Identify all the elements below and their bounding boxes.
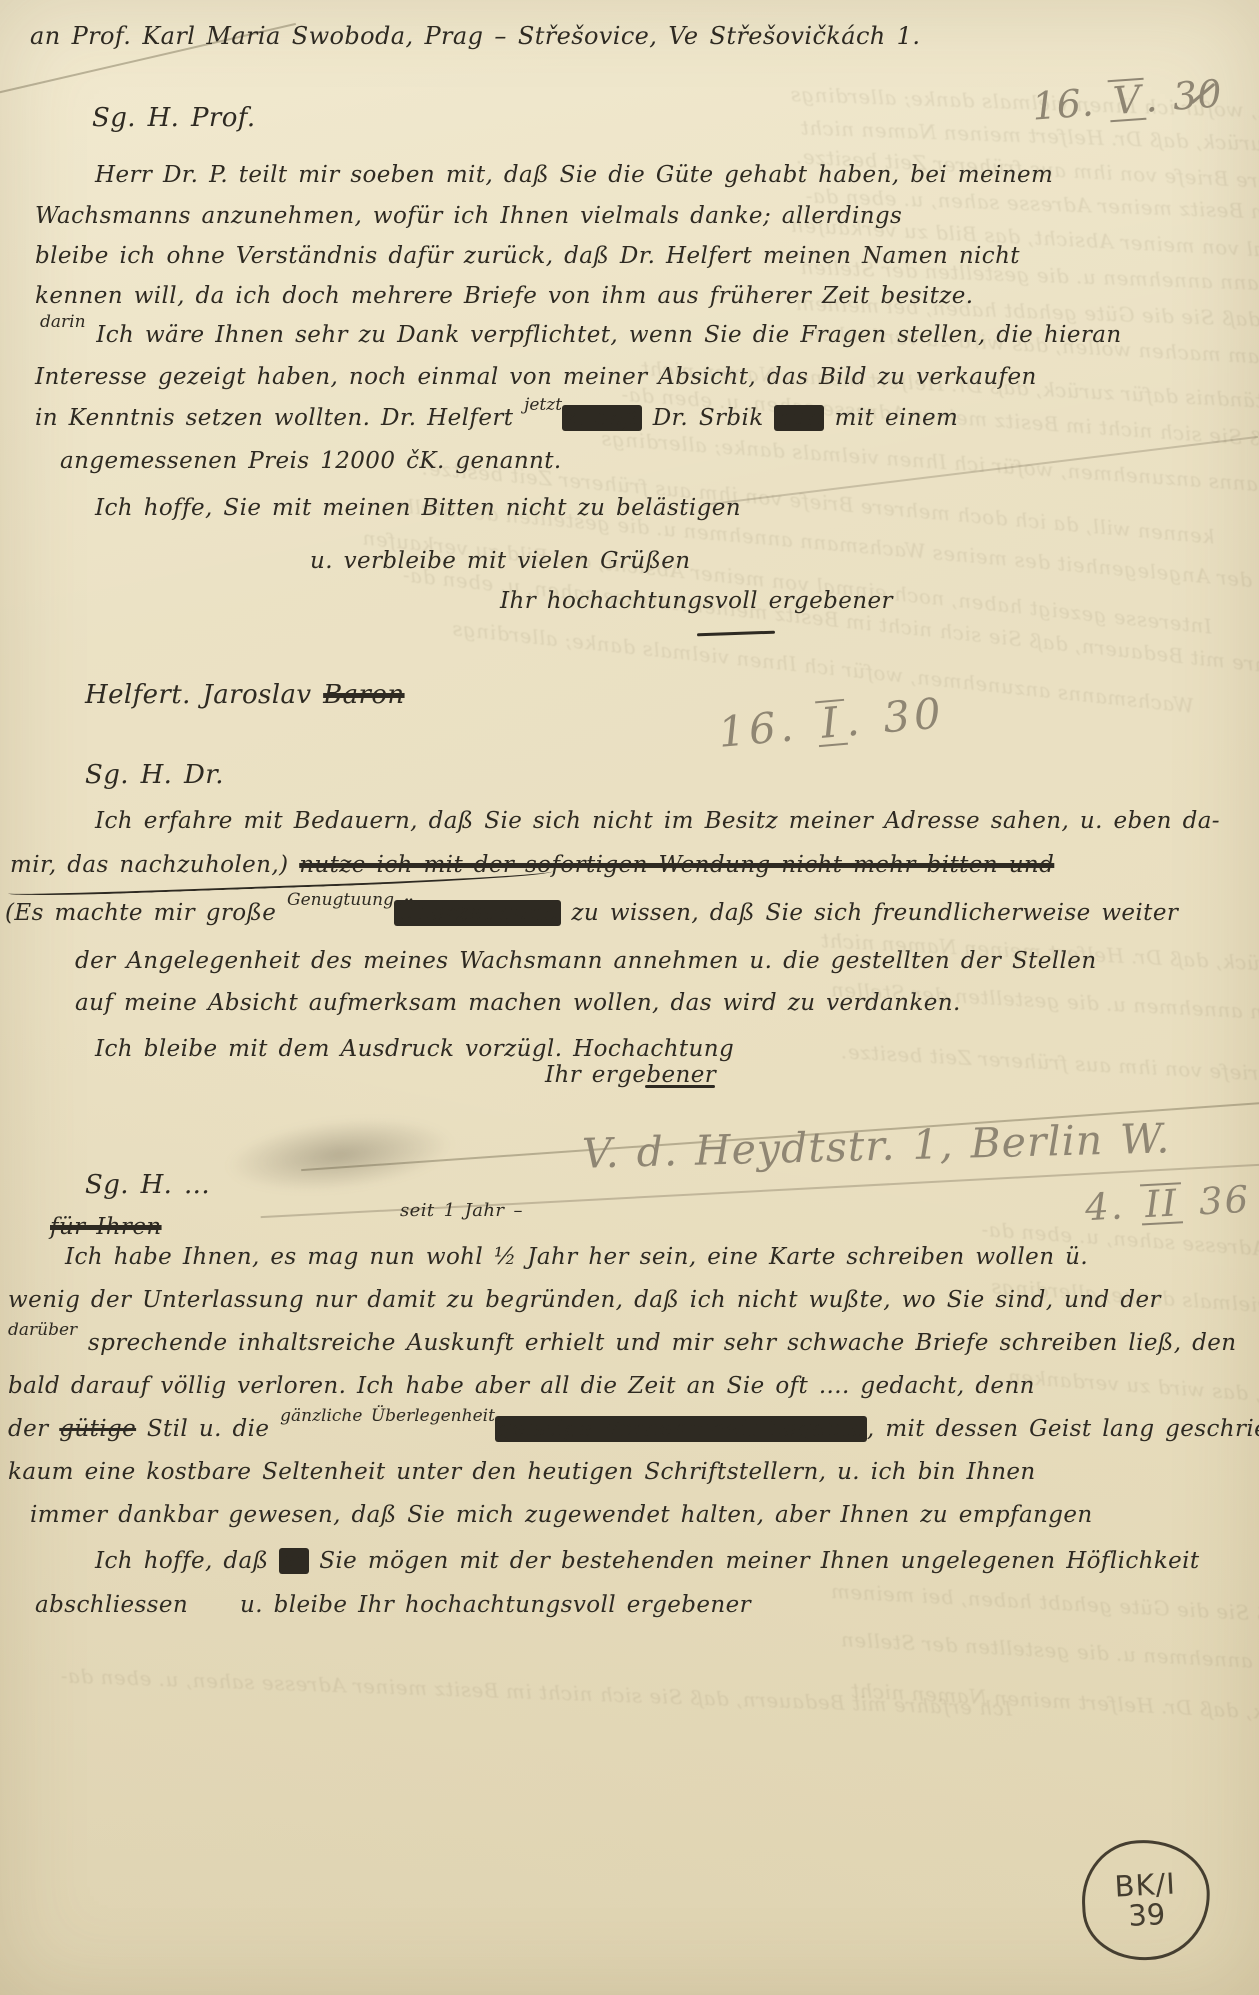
pencil-stroke xyxy=(702,436,1258,506)
letter1-body-line: in Kenntnis setzen wollten. Dr. Helfert … xyxy=(35,405,958,431)
bleedthrough-text: bleibe ich ohne Verständnis dafür zurück… xyxy=(800,115,1259,168)
letter3-salutation: Sg. H. ... xyxy=(85,1170,210,1200)
bleedthrough-text: bleibe ich ohne Verständnis dafür zurück… xyxy=(850,1678,1259,1746)
letter2-body-line: auf meine Absicht aufmerksam machen woll… xyxy=(75,990,961,1016)
body-text: zu wissen, daß Sie sich freundlicherweis… xyxy=(561,900,1179,926)
archive-number-stamp: BK/I 39 xyxy=(1079,1837,1213,1964)
date-text: . 30 xyxy=(844,688,947,745)
body-text: Sie mögen mit der bestehenden meiner Ihn… xyxy=(309,1548,1200,1574)
letter1-signature: Ihr hochachtungsvoll ergebener xyxy=(500,588,893,614)
bleedthrough-text: Wachsmanns anzunehmen, wofür ich Ihnen v… xyxy=(600,426,1259,502)
pencil-smudge xyxy=(222,1108,458,1202)
heading-name: Helfert. Jaroslav xyxy=(85,680,323,710)
date-text: 36 xyxy=(1181,1178,1251,1224)
letter2-pencil-date: 16. I. 30 xyxy=(716,688,946,757)
letter2-heading: Helfert. Jaroslav Baron xyxy=(85,680,405,710)
body-text: in Kenntnis setzen wollten. Dr. Helfert xyxy=(35,405,524,431)
manuscript-page: Wachsmanns anzunehmen, wofür ich Ihnen v… xyxy=(0,0,1259,1995)
bleedthrough-text: Herr Dr. P. teilt mir soeben mit, daß Si… xyxy=(830,1579,1259,1645)
letter3-pencil-date: 4. II 36 xyxy=(1084,1178,1251,1230)
letter1-salutation: Sg. H. Prof. xyxy=(92,103,256,133)
inserted-word: darüber xyxy=(8,1320,77,1340)
letter3-body-line: wenig der Unterlassung nur damit zu begr… xyxy=(8,1287,1161,1313)
letter1-body-line: kennen will, da ich doch mehrere Briefe … xyxy=(35,283,973,309)
letter2-closing-line: Ich bleibe mit dem Ausdruck vorzügl. Hoc… xyxy=(95,1036,734,1062)
inserted-word: Genugtuung xyxy=(287,890,394,910)
crossed-out-word: gütige xyxy=(59,1416,136,1442)
stamp-number: 39 xyxy=(1128,1899,1166,1931)
date-text: 16. xyxy=(716,699,819,756)
roman-numeral: II xyxy=(1140,1182,1183,1225)
crossed-out-word: Überzeugung xyxy=(394,900,561,926)
letter3-body-line: Ich habe Ihnen, es mag nun wohl ½ Jahr h… xyxy=(65,1244,1088,1270)
body-text: der xyxy=(8,1416,59,1442)
roman-numeral: I xyxy=(815,699,847,747)
date-text: . 30 xyxy=(1143,71,1223,120)
letter1-body-line: Wachsmanns anzunehmen, wofür ich Ihnen v… xyxy=(35,203,902,229)
body-text: sprechende inhaltsreiche Auskunft erhiel… xyxy=(88,1330,1237,1356)
letter3-body-line: der gütige Stil u. die gänzliche Überleg… xyxy=(8,1416,1259,1442)
stamp-code: BK/I xyxy=(1114,1868,1177,1902)
bleedthrough-text: kennen will, da ich doch mehrere Briefe … xyxy=(840,1039,1259,1105)
body-text: Dr. Srbik xyxy=(642,405,774,431)
date-text: 16. xyxy=(1031,79,1111,128)
letter3-closing-left: abschliessen xyxy=(35,1592,188,1618)
letter2-salutation: Sg. H. Dr. xyxy=(85,760,224,790)
body-text: , mit dessen Geist lang geschrieben ist,… xyxy=(867,1416,1259,1442)
bleedthrough-text: Interesse gezeigt haben, noch einmal von… xyxy=(361,525,1213,638)
letter2-body-line: (Es machte mir große GenugtuungÜberzeugu… xyxy=(5,900,1178,926)
crossed-out-word: nun xyxy=(774,405,824,431)
letter3-signature: u. bleibe Ihr hochachtungsvoll ergebener xyxy=(240,1592,751,1618)
letter1-body-line: bleibe ich ohne Verständnis dafür zurück… xyxy=(35,243,1020,269)
letter3-body-line: kaum eine kostbare Seltenheit unter den … xyxy=(8,1459,1036,1485)
date-text: 4. xyxy=(1084,1183,1142,1229)
crossed-out-word: Baron xyxy=(323,680,404,710)
signature-dash xyxy=(645,1085,715,1088)
letter2-body-line: der Angelegenheit des meines Wachsmann a… xyxy=(75,948,1097,974)
letter2-body-line: Ich erfahre mit Bedauern, daß Sie sich n… xyxy=(95,808,1220,834)
bleedthrough-text: Ich erfahre mit Bedauern, daß Sie sich n… xyxy=(401,562,1259,685)
letter3-pencil-address: V. d. Heydtstr. 1, Berlin W. xyxy=(581,1114,1170,1177)
body-text: Ich hoffe, daß xyxy=(95,1548,279,1574)
letter1-recipient-line: an Prof. Karl Maria Swoboda, Prag – Stře… xyxy=(30,22,920,50)
letter3-inserted-note: seit 1 Jahr – xyxy=(400,1200,523,1221)
letter3-body-line: bald darauf völlig verloren. Ich habe ab… xyxy=(8,1373,1035,1399)
signature-dash xyxy=(697,631,775,636)
inserted-word: darin xyxy=(40,312,86,332)
crossed-out-text: für Ihren xyxy=(50,1214,162,1240)
letter1-body-line: Interesse gezeigt haben, noch einmal von… xyxy=(35,364,1037,390)
letter3-body-line: darüber sprechende inhaltsreiche Auskunf… xyxy=(8,1330,1236,1356)
body-text: Stil u. die xyxy=(136,1416,280,1442)
letter3-crossed-opening: für Ihren xyxy=(50,1214,162,1240)
body-text: Ich wäre Ihnen sehr zu Dank verpflichtet… xyxy=(96,322,1121,348)
crossed-out-word: z. daß xyxy=(562,405,642,431)
inserted-word: jetzt xyxy=(524,395,562,415)
body-text: mit einem xyxy=(824,405,958,431)
body-text: (Es machte mir große xyxy=(5,900,287,926)
letter1-closing-line: Ich hoffe, Sie mit meinen Bitten nicht z… xyxy=(95,495,741,521)
letter1-body-line: Herr Dr. P. teilt mir soeben mit, daß Si… xyxy=(95,162,1053,188)
letter1-body-line: angemessenen Preis 12000 čK. genannt. xyxy=(60,448,562,474)
letter1-closing-line: u. verbleibe mit vielen Grüßen xyxy=(310,548,690,574)
roman-numeral: V xyxy=(1108,78,1147,122)
letter3-closing-line: Ich hoffe, daß er Sie mögen mit der best… xyxy=(95,1548,1200,1574)
bleedthrough-text: der Angelegenheit des meines Wachsmann a… xyxy=(840,1627,1259,1697)
crossed-out-word: er xyxy=(279,1548,308,1574)
letter3-body-line: immer dankbar gewesen, daß Sie mich zuge… xyxy=(30,1502,1093,1528)
bleedthrough-text: Ich erfahre mit Bedauern, daß Sie sich n… xyxy=(60,1663,1013,1720)
inserted-word: gänzliche Überlegenheit xyxy=(280,1406,495,1426)
letter1-body-line: darin Ich wäre Ihnen sehr zu Dank verpfl… xyxy=(40,322,1122,348)
crossed-out-text: geistige Vornehmheit begabte xyxy=(495,1416,867,1442)
